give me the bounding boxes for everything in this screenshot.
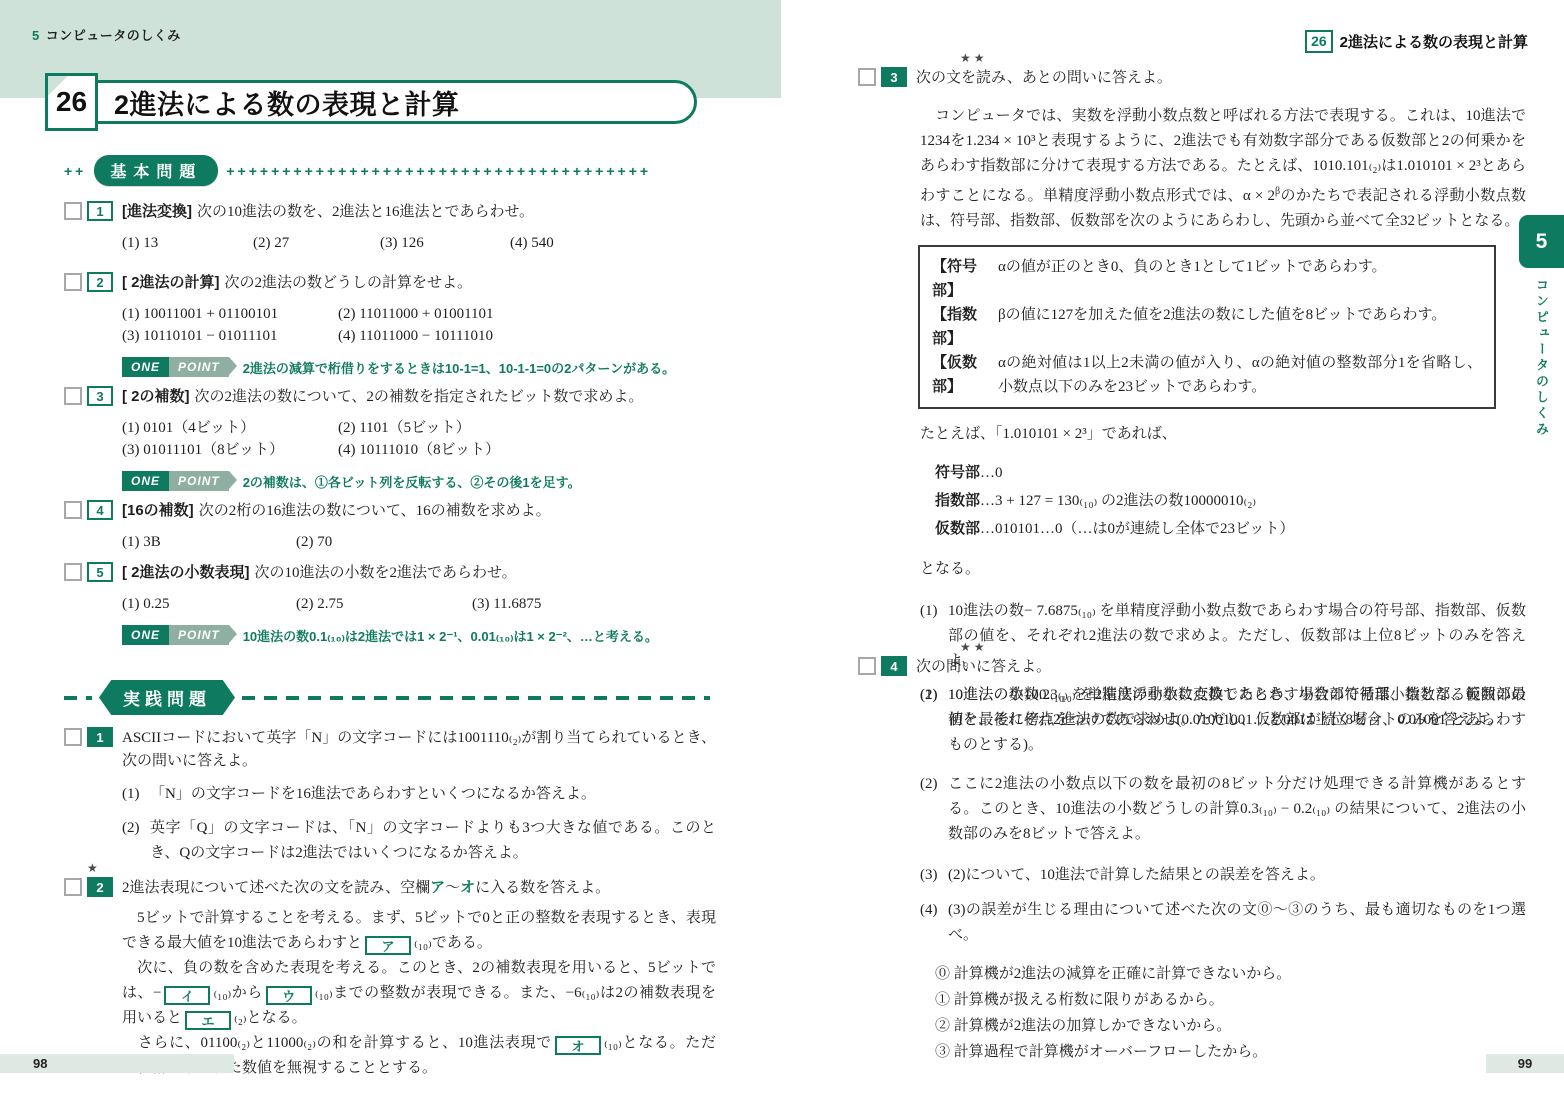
one-point-note: ONE POINT 2進法の減算で桁借りをするときは10-1=1、10-1-1=… xyxy=(122,357,716,377)
question-options: (1) 3B (2) 70 xyxy=(122,531,716,553)
choice-item: ⓪ 計算機が2進法の減算を正確に計算できないから。 xyxy=(935,961,1526,987)
question-tag: [進法変換] xyxy=(122,203,192,220)
practice-question-1: 1 ASCIIコードにおいて英字「N」の文字コードには1001110₍₂₎が割り… xyxy=(64,727,716,866)
question-number: 2 xyxy=(87,877,113,897)
question-prompt: ～ xyxy=(445,880,460,896)
sub-question: (1) 10進法の小数0.3₍₁₀₎ を2進法の小数に変換したとき、小数部で循環… xyxy=(920,683,1526,758)
sub-question: (4) (3)の誤差が生じる理由について述べた次の文⓪～③のうち、最も適切なもの… xyxy=(920,898,1526,948)
question-prompt: 次の2桁の16進法の数について、16の補数を求めよ。 xyxy=(199,503,551,519)
option: (2) 2.75 xyxy=(296,593,472,615)
question-text: ASCIIコードにおいて英字「N」の文字コードには1001110₍₂₎が割り当て… xyxy=(122,727,716,773)
checkbox[interactable] xyxy=(64,501,82,519)
spec-head: 【符号部】 xyxy=(932,255,998,303)
question-number: 3 xyxy=(881,67,907,87)
sub-question: (2) 英字「Q」の文字コードは、「N」の文字コードよりも3つ大きな値である。こ… xyxy=(122,816,716,866)
question-tag: [ 2の補数] xyxy=(122,388,190,405)
example-head: 仮数部 xyxy=(935,520,980,537)
question-prompt: 次の文を読み、あとの問いに答えよ。 xyxy=(916,67,1526,89)
practice-question-4: ★★ 4 次の問いに答えよ。 (1) 10進法の小数0.3₍₁₀₎ を2進法の小… xyxy=(858,641,1526,1065)
difficulty-stars: ★ xyxy=(87,862,716,874)
choice-item: ① 計算機が扱える桁数に限りがあるから。 xyxy=(935,987,1526,1013)
breadcrumb-right: 26 2進法による数の表現と計算 xyxy=(1305,30,1528,53)
dash-decoration-left xyxy=(64,696,92,700)
lesson-title-row: 26 2進法による数の表現と計算 xyxy=(45,73,697,131)
example-intro: たとえば、「1.010101 × 2³」であれば、 xyxy=(920,422,1526,447)
question-prompt: 次の10進法の数を、2進法と16進法とであらわせ。 xyxy=(197,204,534,220)
one-point-badge-point: POINT xyxy=(169,471,229,491)
passage-text: となる。 xyxy=(247,1010,307,1026)
example-body: …010101…0（…は0が連続し全体で23ビット） xyxy=(980,521,1294,537)
practice-question-3: ★★ 3 次の文を読み、あとの問いに答えよ。 コンピュータでは、実数を浮動小数点… xyxy=(858,52,1526,733)
page-left: 5コンピュータのしくみ 26 2進法による数の表現と計算 ++ 基本問題 +++… xyxy=(0,0,782,1104)
sub-text: 英字「Q」の文字コードは、「N」の文字コードよりも3つ大きな値である。このとき、… xyxy=(150,816,716,866)
question-prompt: 次の2進法の数どうしの計算をせよ。 xyxy=(225,275,473,291)
spec-body: βの値に127を加えた値を2進法の数にした値を8ビットであらわす。 xyxy=(998,303,1482,351)
plus-decoration-left: ++ xyxy=(64,163,86,179)
base-subscript: ₍₁₀₎ xyxy=(315,985,333,1001)
checkbox[interactable] xyxy=(858,657,876,675)
question-number: 4 xyxy=(87,500,113,520)
checkbox[interactable] xyxy=(64,387,82,405)
question-options: (1) 13 (2) 27 (3) 126 (4) 540 xyxy=(122,232,716,254)
page-right: 26 2進法による数の表現と計算 ★★ 3 次の文を読み、あとの問いに答えよ。 … xyxy=(782,0,1564,1104)
sub-text: (2)について、10進法で計算した結果との誤差を答えよ。 xyxy=(948,863,1526,888)
chapter-tab: 5 xyxy=(1519,215,1564,268)
one-point-badge-one: ONE xyxy=(122,471,169,491)
question-text: [ 2の補数]次の2進法の数について、2の補数を指定されたビット数で求めよ。 xyxy=(122,386,716,408)
one-point-text: 2進法の減算で桁借りをするときは10-1=1、10-1-1=0の2パターンがある… xyxy=(243,358,675,377)
question-number: 4 xyxy=(881,656,907,676)
checkbox[interactable] xyxy=(64,202,82,220)
passage-paragraph: 次に、負の数を含めた表現を考える。このとき、2の補数表現を用いると、5ビットでは… xyxy=(122,956,716,1031)
question-head: 5 [ 2進法の小数表現]次の10進法の小数を2進法であらわせ。 xyxy=(64,562,716,584)
sub-number: (4) xyxy=(920,898,948,948)
answer-blank-a: ア xyxy=(365,936,411,955)
option: (1) 0101（4ビット） xyxy=(122,417,338,439)
question-head: 4 [16の補数]次の2桁の16進法の数について、16の補数を求めよ。 xyxy=(64,500,716,522)
sub-text: 10進法の小数0.3₍₁₀₎ を2進法の小数に変換したとき、小数部で循環小数とな… xyxy=(948,683,1526,758)
option: (3) 01011101（8ビット） xyxy=(122,439,338,461)
passage-paragraph: 5ビットで計算することを考える。まず、5ビットで0と正の整数を表現するとき、表現… xyxy=(122,906,716,956)
question-number: 2 xyxy=(87,272,113,292)
question-text: [16の補数]次の2桁の16進法の数について、16の補数を求めよ。 xyxy=(122,500,716,522)
base-subscript: ₍₂₎ xyxy=(234,1010,247,1026)
example-body: …3 + 127 = 130₍₁₀₎ の2進法の数10000010₍₂₎ xyxy=(980,493,1256,509)
base-subscript: ₍₁₀₎ xyxy=(213,985,231,1001)
option: (3) 10110101 − 01011101 xyxy=(122,325,338,347)
choice-list: ⓪ 計算機が2進法の減算を正確に計算できないから。 ① 計算機が扱える桁数に限り… xyxy=(920,961,1526,1065)
checkbox[interactable] xyxy=(64,563,82,581)
question-options: (1) 10011001 + 01100101 (2) 11011000 + 0… xyxy=(122,303,716,377)
section-practice-badge: 実践問題 xyxy=(99,680,235,715)
checkbox[interactable] xyxy=(64,273,82,291)
passage-text: である。 xyxy=(432,935,492,951)
question-head: 1 [進法変換]次の10進法の数を、2進法と16進法とであらわせ。 xyxy=(64,201,716,223)
spec-row: 【符号部】 αの値が正のとき0、負のとき1として1ビットであらわす。 xyxy=(932,255,1482,303)
format-spec-box: 【符号部】 αの値が正のとき0、負のとき1として1ビットであらわす。 【指数部】… xyxy=(918,245,1496,409)
option: (1) 10011001 + 01100101 xyxy=(122,303,338,325)
option: (2) 27 xyxy=(253,232,380,254)
sub-number: (1) xyxy=(122,782,150,807)
one-point-note: ONE POINT 2の補数は、①各ビット列を反転する、②その後1を足す。 xyxy=(122,471,716,491)
question-head: 4 次の問いに答えよ。 xyxy=(858,656,1526,678)
question-body: コンピュータでは、実数を浮動小数点数と呼ばれる方法で表現する。これは、10進法で… xyxy=(920,104,1526,733)
practice-question-2: ★ 2 2進法表現について述べた次の文を読み、空欄ア～オに入る数を答えよ。 5ビ… xyxy=(64,862,716,1081)
question-head: 3 次の文を読み、あとの問いに答えよ。 xyxy=(858,67,1526,89)
question-prompt: 次の2進法の数について、2の補数を指定されたビット数で求めよ。 xyxy=(195,389,644,405)
difficulty-stars: ★★ xyxy=(960,52,1526,64)
base-subscript: ₍₁₀₎ xyxy=(414,935,432,951)
answer-blank-u: ウ xyxy=(266,986,312,1005)
option: (1) 13 xyxy=(122,232,253,254)
dash-decoration-right xyxy=(242,696,710,700)
option: (4) 11011000 − 10111010 xyxy=(338,325,716,347)
one-point-note: ONE POINT 10進法の数0.1₍₁₀₎は2進法では1 × 2⁻¹、0.0… xyxy=(122,625,716,645)
choice-item: ③ 計算過程で計算機がオーバーフローしたから。 xyxy=(935,1039,1526,1065)
question-body: (1) 10進法の小数0.3₍₁₀₎ を2進法の小数に変換したとき、小数部で循環… xyxy=(920,683,1526,1065)
question-number: 5 xyxy=(87,562,113,582)
sub-text: ここに2進法の小数点以下の数を最初の8ビット分だけ処理できる計算機があるとする。… xyxy=(948,772,1526,847)
question-number: 1 xyxy=(87,201,113,221)
basic-question-5: 5 [ 2進法の小数表現]次の10進法の小数を2進法であらわせ。 (1) 0.2… xyxy=(64,562,716,645)
spec-row: 【仮数部】 αの絶対値は1以上2未満の値が入り、αの絶対値の整数部分1を省略し、… xyxy=(932,351,1482,399)
example-line: 指数部…3 + 127 = 130₍₁₀₎ の2進法の数10000010₍₂₎ xyxy=(935,487,1526,515)
question-tag: [ 2進法の小数表現] xyxy=(122,564,250,581)
option: (2) 70 xyxy=(296,531,716,553)
sub-number: (1) xyxy=(920,683,948,758)
spec-row: 【指数部】 βの値に127を加えた値を2進法の数にした値を8ビットであらわす。 xyxy=(932,303,1482,351)
option: (2) 1101（5ビット） xyxy=(338,417,716,439)
question-options: (1) 0.25 (2) 2.75 (3) 11.6875 ONE POINT … xyxy=(122,593,716,645)
one-point-badge-point: POINT xyxy=(169,625,229,645)
chapter-tab-label: コンピュータのしくみ xyxy=(1532,278,1551,438)
question-tag: [ 2進法の計算] xyxy=(122,274,220,291)
lesson-title-small: 2進法による数の表現と計算 xyxy=(1340,31,1528,52)
question-text: [ 2進法の計算]次の2進法の数どうしの計算をせよ。 xyxy=(122,272,716,294)
sub-text: (3)の誤差が生じる理由について述べた次の文⓪～③のうち、最も適切なものを1つ選… xyxy=(948,898,1526,948)
option: (4) 540 xyxy=(510,232,716,254)
one-point-badge-one: ONE xyxy=(122,357,169,377)
sub-number: (2) xyxy=(122,816,150,866)
question-head: 2 2進法表現について述べた次の文を読み、空欄ア～オに入る数を答えよ。 xyxy=(64,877,716,899)
page-number-right: 99 xyxy=(1486,1054,1564,1073)
choice-item: ② 計算機が2進法の加算しかできないから。 xyxy=(935,1013,1526,1039)
sub-number: (2) xyxy=(920,772,948,847)
checkbox[interactable] xyxy=(64,878,82,896)
chapter-number: 5 xyxy=(32,28,40,43)
passage-text: さらに、01100₍₂₎と11000₍₂₎の和を計算すると、10進法表現で xyxy=(122,1035,552,1051)
sub-question: (2) ここに2進法の小数点以下の数を最初の8ビット分だけ処理できる計算機がある… xyxy=(920,772,1526,847)
checkbox[interactable] xyxy=(858,68,876,86)
basic-question-2: 2 [ 2進法の計算]次の2進法の数どうしの計算をせよ。 (1) 1001100… xyxy=(64,272,716,377)
base-subscript: ₍₁₀₎ xyxy=(604,1035,622,1051)
blank-letter-a-ref: ア xyxy=(430,879,445,896)
checkbox[interactable] xyxy=(64,728,82,746)
question-prompt: に入る数を答えよ。 xyxy=(475,880,610,896)
question-number: 3 xyxy=(87,386,113,406)
question-head: 3 [ 2の補数]次の2進法の数について、2の補数を指定されたビット数で求めよ。 xyxy=(64,386,716,408)
question-text: [進法変換]次の10進法の数を、2進法と16進法とであらわせ。 xyxy=(122,201,716,223)
sub-question: (3) (2)について、10進法で計算した結果との誤差を答えよ。 xyxy=(920,863,1526,888)
one-point-text: 2の補数は、①各ビット列を反転する、②その後1を足す。 xyxy=(243,472,581,491)
option: (3) 126 xyxy=(380,232,510,254)
lesson-number-small: 26 xyxy=(1305,30,1333,53)
basic-question-3: 3 [ 2の補数]次の2進法の数について、2の補数を指定されたビット数で求めよ。… xyxy=(64,386,716,491)
question-prompt: 2進法表現について述べた次の文を読み、空欄 xyxy=(122,880,430,896)
difficulty-stars: ★★ xyxy=(960,641,1526,653)
example-head: 指数部 xyxy=(935,492,980,509)
option: (1) 0.25 xyxy=(122,593,296,615)
question-prompt: 次の問いに答えよ。 xyxy=(916,656,1526,678)
section-basic-badge: 基本問題 xyxy=(94,155,218,186)
option: (1) 3B xyxy=(122,531,296,553)
question-number: 1 xyxy=(87,727,113,747)
breadcrumb-left: 5コンピュータのしくみ xyxy=(32,26,181,46)
one-point-badge-one: ONE xyxy=(122,625,169,645)
answer-blank-i: イ xyxy=(164,986,210,1005)
page-number-left: 98 xyxy=(0,1054,234,1073)
chapter-title: コンピュータのしくみ xyxy=(46,28,181,43)
basic-question-4: 4 [16の補数]次の2桁の16進法の数について、16の補数を求めよ。 (1) … xyxy=(64,500,716,553)
answer-blank-o: オ xyxy=(555,1036,601,1055)
option: (3) 11.6875 xyxy=(472,593,716,615)
passage-text: から xyxy=(231,985,263,1001)
example-line: 仮数部…010101…0（…は0が連続し全体で23ビット） xyxy=(935,515,1526,543)
spec-head: 【指数部】 xyxy=(932,303,998,351)
one-point-badge-point: POINT xyxy=(169,357,229,377)
section-practice-header: 実践問題 xyxy=(64,680,710,715)
sub-question: (1) 「N」の文字コードを16進法であらわすといくつになるか答えよ。 xyxy=(122,782,716,807)
question-text: [ 2進法の小数表現]次の10進法の小数を2進法であらわせ。 xyxy=(122,562,716,584)
sub-text: 「N」の文字コードを16進法であらわすといくつになるか答えよ。 xyxy=(150,782,716,807)
plus-decoration-right: ++++++++++++++++++++++++++++++++++++++ xyxy=(226,163,710,179)
example-line: 符号部…0 xyxy=(935,459,1526,487)
spec-body: αの値が正のとき0、負のとき1として1ビットであらわす。 xyxy=(998,255,1482,303)
question-options: (1) 0101（4ビット） (2) 1101（5ビット） (3) 010111… xyxy=(122,417,716,491)
answer-blank-e: エ xyxy=(185,1011,231,1030)
intro-paragraph: コンピュータでは、実数を浮動小数点数と呼ばれる方法で表現する。これは、10進法で… xyxy=(920,104,1526,234)
example-body: …0 xyxy=(980,465,1003,481)
example-head: 符号部 xyxy=(935,464,980,481)
question-prompt: 次の10進法の小数を2進法であらわせ。 xyxy=(255,565,517,581)
sub-number: (3) xyxy=(920,863,948,888)
one-point-text: 10進法の数0.1₍₁₀₎は2進法では1 × 2⁻¹、0.01₍₁₀₎は1 × … xyxy=(243,626,658,645)
question-tag: [16の補数] xyxy=(122,502,194,519)
question-head: 1 ASCIIコードにおいて英字「N」の文字コードには1001110₍₂₎が割り… xyxy=(64,727,716,773)
blank-letter-o-ref: オ xyxy=(460,879,475,896)
sub-questions: (1) 「N」の文字コードを16進法であらわすといくつになるか答えよ。 (2) … xyxy=(122,782,716,866)
question-head: 2 [ 2進法の計算]次の2進法の数どうしの計算をせよ。 xyxy=(64,272,716,294)
basic-question-1: 1 [進法変換]次の10進法の数を、2進法と16進法とであらわせ。 (1) 13… xyxy=(64,201,716,254)
example-outro: となる。 xyxy=(920,557,1526,582)
option: (4) 10111010（8ビット） xyxy=(338,439,716,461)
page-title: 2進法による数の表現と計算 xyxy=(95,80,697,124)
section-basic-header: ++ 基本問題 ++++++++++++++++++++++++++++++++… xyxy=(64,155,710,186)
spec-body: αの絶対値は1以上2未満の値が入り、αの絶対値の整数部分1を省略し、小数点以下の… xyxy=(998,351,1482,399)
spec-head: 【仮数部】 xyxy=(932,351,998,399)
lesson-number-badge: 26 xyxy=(45,73,98,131)
question-text: 2進法表現について述べた次の文を読み、空欄ア～オに入る数を答えよ。 xyxy=(122,877,716,899)
example-lines: 符号部…0 指数部…3 + 127 = 130₍₁₀₎ の2進法の数100000… xyxy=(920,459,1526,543)
option: (2) 11011000 + 01001101 xyxy=(338,303,716,325)
